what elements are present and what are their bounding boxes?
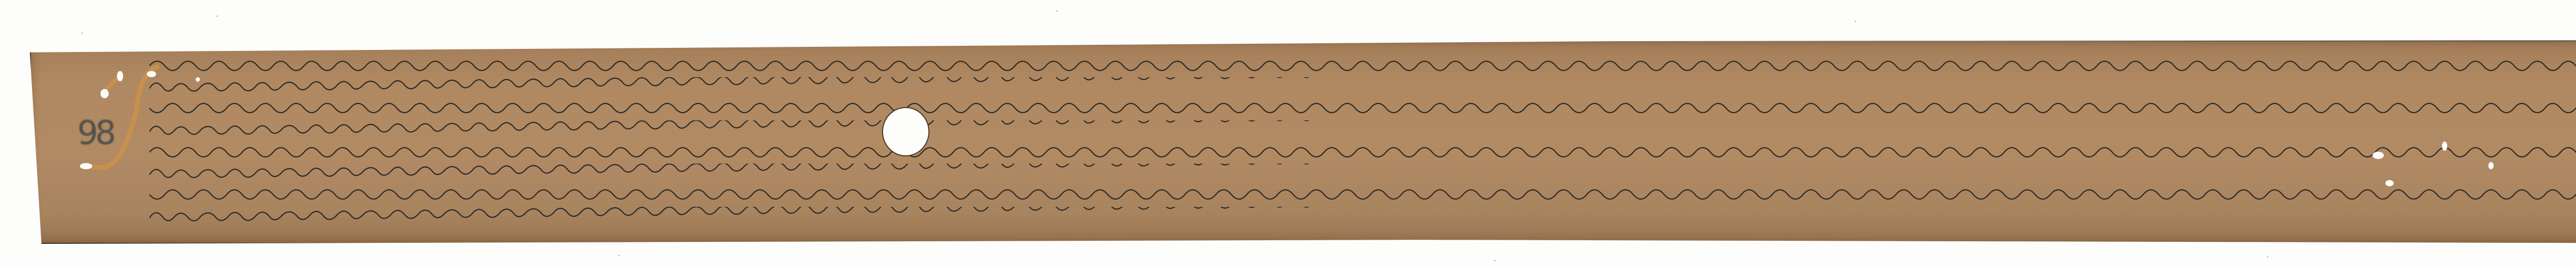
script-line-7 [149, 185, 2576, 203]
script-line-6 [149, 164, 2576, 181]
palm-leaf: 98 [30, 40, 2576, 244]
script-line-3 [149, 99, 2576, 116]
binding-hole [882, 107, 929, 156]
script-line-4 [149, 120, 2576, 138]
manuscript-text [149, 56, 2576, 230]
script-line-1 [149, 56, 2576, 73]
script-line-2 [149, 77, 2576, 95]
script-line-5 [149, 142, 2576, 159]
script-line-8 [149, 207, 1778, 224]
